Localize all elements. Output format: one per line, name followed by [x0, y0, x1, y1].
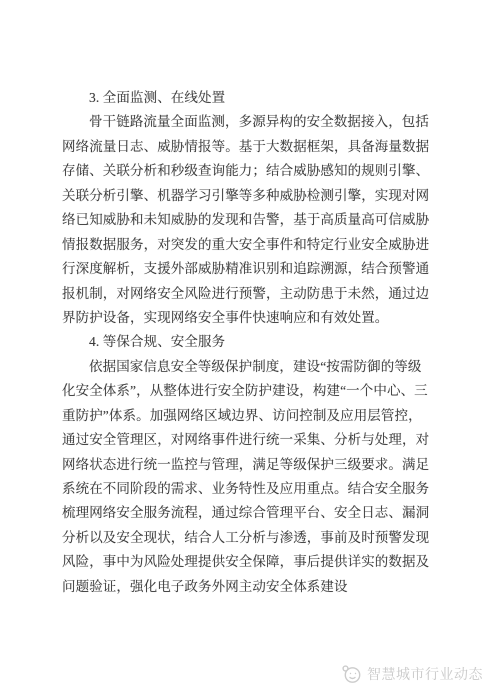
- document-line: 4. 等保合规、安全服务: [62, 330, 432, 354]
- document-line: 报机制，对网络安全风险进行预警，主动防患于未然，通过边: [62, 282, 432, 306]
- document-line: 依据国家信息安全等级保护制度，建设“按需防御的等级: [62, 355, 432, 379]
- document-line: 骨干链路流量全面监测，多源异构的安全数据接入，包括: [62, 110, 432, 134]
- document-line: 网络状态进行统一监控与管理，满足等级保护三级要求。满足: [62, 453, 432, 477]
- document-line: 风险，事中为风险处理提供安全保障，事后提供详实的数据及: [62, 550, 432, 574]
- document-line: 梳理网络安全服务流程，通过综合管理平台、安全日志、漏洞: [62, 501, 432, 525]
- watermark: 智慧城市行业动态: [341, 663, 483, 685]
- document-line: 界防护设备，实现网络安全事件快速响应和有效处置。: [62, 306, 432, 330]
- brand-logo-icon: [341, 664, 362, 684]
- document-line: 关联分析引擎、机器学习引擎等多种威胁检测引擎，实现对网: [62, 184, 432, 208]
- document-line: 分析以及安全现状，结合人工分析与渗透，事前及时预警发现: [62, 526, 432, 550]
- document-body: 3. 全面监测、在线处置骨干链路流量全面监测，多源异构的安全数据接入，包括网络流…: [62, 86, 432, 599]
- document-line: 系统在不同阶段的需求、业务特性及应用重点。结合安全服务: [62, 477, 432, 501]
- document-line: 存储、关联分析和秒级查询能力；结合威胁感知的规则引擎、: [62, 159, 432, 183]
- document-line: 化安全体系”，从整体进行安全防护建设，构建“一个中心、三: [62, 379, 432, 403]
- document-page: 3. 全面监测、在线处置骨干链路流量全面监测，多源异构的安全数据接入，包括网络流…: [0, 0, 495, 700]
- watermark-label: 智慧城市行业动态: [367, 664, 483, 684]
- document-line: 重防护”体系。加强网络区域边界、访问控制及应用层管控，: [62, 404, 432, 428]
- document-line: 问题验证，强化电子政务外网主动安全体系建设: [62, 575, 432, 599]
- document-line: 通过安全管理区，对网络事件进行统一采集、分析与处理，对: [62, 428, 432, 452]
- document-line: 3. 全面监测、在线处置: [62, 86, 432, 110]
- document-line: 情报数据服务，对突发的重大安全事件和特定行业安全威胁进: [62, 233, 432, 257]
- document-line: 网络流量日志、威胁情报等。基于大数据框架，具备海量数据: [62, 135, 432, 159]
- document-line: 络已知威胁和未知威胁的发现和告警，基于高质量高可信威胁: [62, 208, 432, 232]
- document-line: 行深度解析，支援外部威胁精准识别和追踪溯源，结合预警通: [62, 257, 432, 281]
